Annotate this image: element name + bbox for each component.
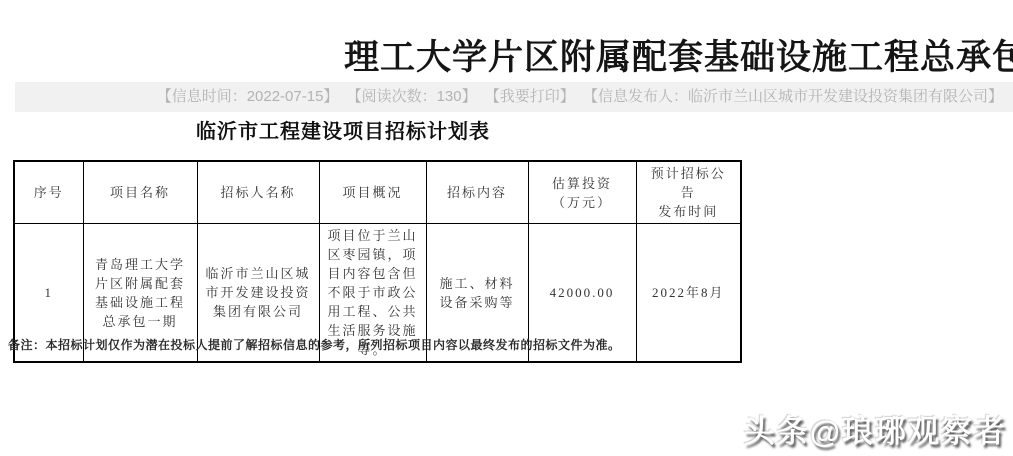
- plan-table-wrap: 序号 项目名称 招标人名称 项目概况 招标内容 估算投资 （万元） 预计招标公告…: [13, 160, 742, 363]
- info-publisher: 【信息发布人：临沂市兰山区城市开发建设投资集团有限公司】: [583, 88, 1003, 105]
- header-cell-project-overview: 项目概况: [319, 161, 426, 224]
- article-title: 理工大学片区附属配套基础设施工程总承包: [344, 30, 1013, 80]
- info-views: 【阅读次数：130】: [347, 88, 477, 105]
- page: 理工大学片区附属配套基础设施工程总承包 【信息时间：2022-07-15】 【阅…: [0, 0, 1013, 456]
- table-header-row: 序号 项目名称 招标人名称 项目概况 招标内容 估算投资 （万元） 预计招标公告…: [14, 161, 741, 224]
- header-cell-tender-content: 招标内容: [426, 161, 528, 224]
- cell-announcement-time: 2022年8月: [636, 224, 741, 363]
- info-time: 【信息时间：2022-07-15】: [157, 88, 339, 105]
- print-link[interactable]: 【我要打印】: [485, 88, 575, 105]
- watermark: 头条@琅琊观察者: [744, 406, 1007, 451]
- header-cell-project-name: 项目名称: [83, 161, 197, 224]
- header-cell-tenderer-name: 招标人名称: [197, 161, 319, 224]
- header-cell-estimated-investment: 估算投资 （万元）: [528, 161, 636, 224]
- header-cell-announcement-time: 预计招标公告 发布时间: [636, 161, 741, 224]
- info-bar: 【信息时间：2022-07-15】 【阅读次数：130】 【我要打印】 【信息发…: [15, 82, 1013, 112]
- footnote: 备注：本招标计划仅作为潜在投标人提前了解招标信息的参考，所列招标项目内容以最终发…: [8, 336, 621, 353]
- plan-table: 序号 项目名称 招标人名称 项目概况 招标内容 估算投资 （万元） 预计招标公告…: [13, 160, 742, 363]
- header-cell-seq: 序号: [14, 161, 83, 224]
- plan-table-title: 临沂市工程建设项目招标计划表: [196, 115, 490, 144]
